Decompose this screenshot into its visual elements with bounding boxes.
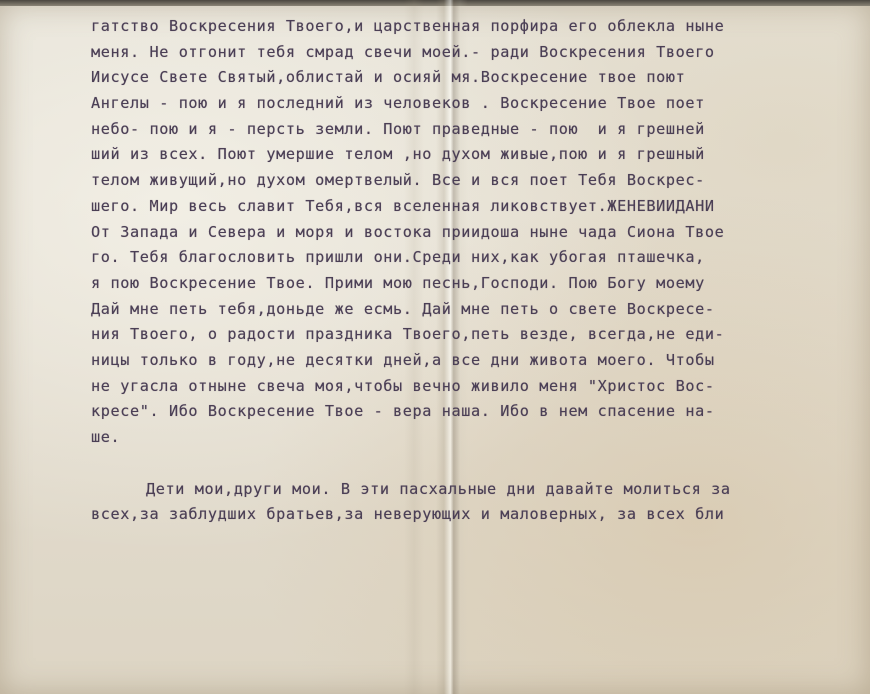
text-line: гатство Воскресения Твоего,и царственная…: [91, 14, 851, 40]
scan-top-edge: [0, 0, 870, 6]
typewritten-text: гатство Воскресения Твоего,и царственная…: [91, 14, 851, 527]
text-line: ния Твоего, о радости праздника Твоего,п…: [91, 322, 851, 348]
text-line: Иисусе Свете Святый,облистай и осияй мя.…: [91, 65, 851, 91]
text-line: Ангелы - пою и я последний из человеков …: [91, 91, 851, 117]
text-line: всех,за заблудших братьев,за неверующих …: [91, 502, 851, 528]
text-line: я пою Воскресение Твое. Прими мою песнь,…: [91, 271, 851, 297]
text-line: ше.: [91, 425, 851, 451]
text-line: ницы только в году,не десятки дней,а все…: [91, 348, 851, 374]
text-line: го. Тебя благословить пришли они.Среди н…: [91, 245, 851, 271]
text-line: меня. Не отгонит тебя смрад свечи моей.-…: [91, 40, 851, 66]
text-line: От Запада и Севера и моря и востока прии…: [91, 220, 851, 246]
text-line: телом живущий,но духом омертвелый. Все и…: [91, 168, 851, 194]
text-line: кресе". Ибо Воскресение Твое - вера наша…: [91, 399, 851, 425]
text-line: шего. Мир весь славит Тебя,вся вселенная…: [91, 194, 851, 220]
text-line: не угасла отныне свеча моя,чтобы вечно ж…: [91, 374, 851, 400]
text-line: Дай мне петь тебя,доньде же есмь. Дай мн…: [91, 297, 851, 323]
text-line: небо- пою и я - персть земли. Поют праве…: [91, 117, 851, 143]
text-line: ший из всех. Поют умершие телом ,но духо…: [91, 142, 851, 168]
paragraph-start-line: Дети мои,други мои. В эти пасхальные дни…: [91, 451, 851, 502]
